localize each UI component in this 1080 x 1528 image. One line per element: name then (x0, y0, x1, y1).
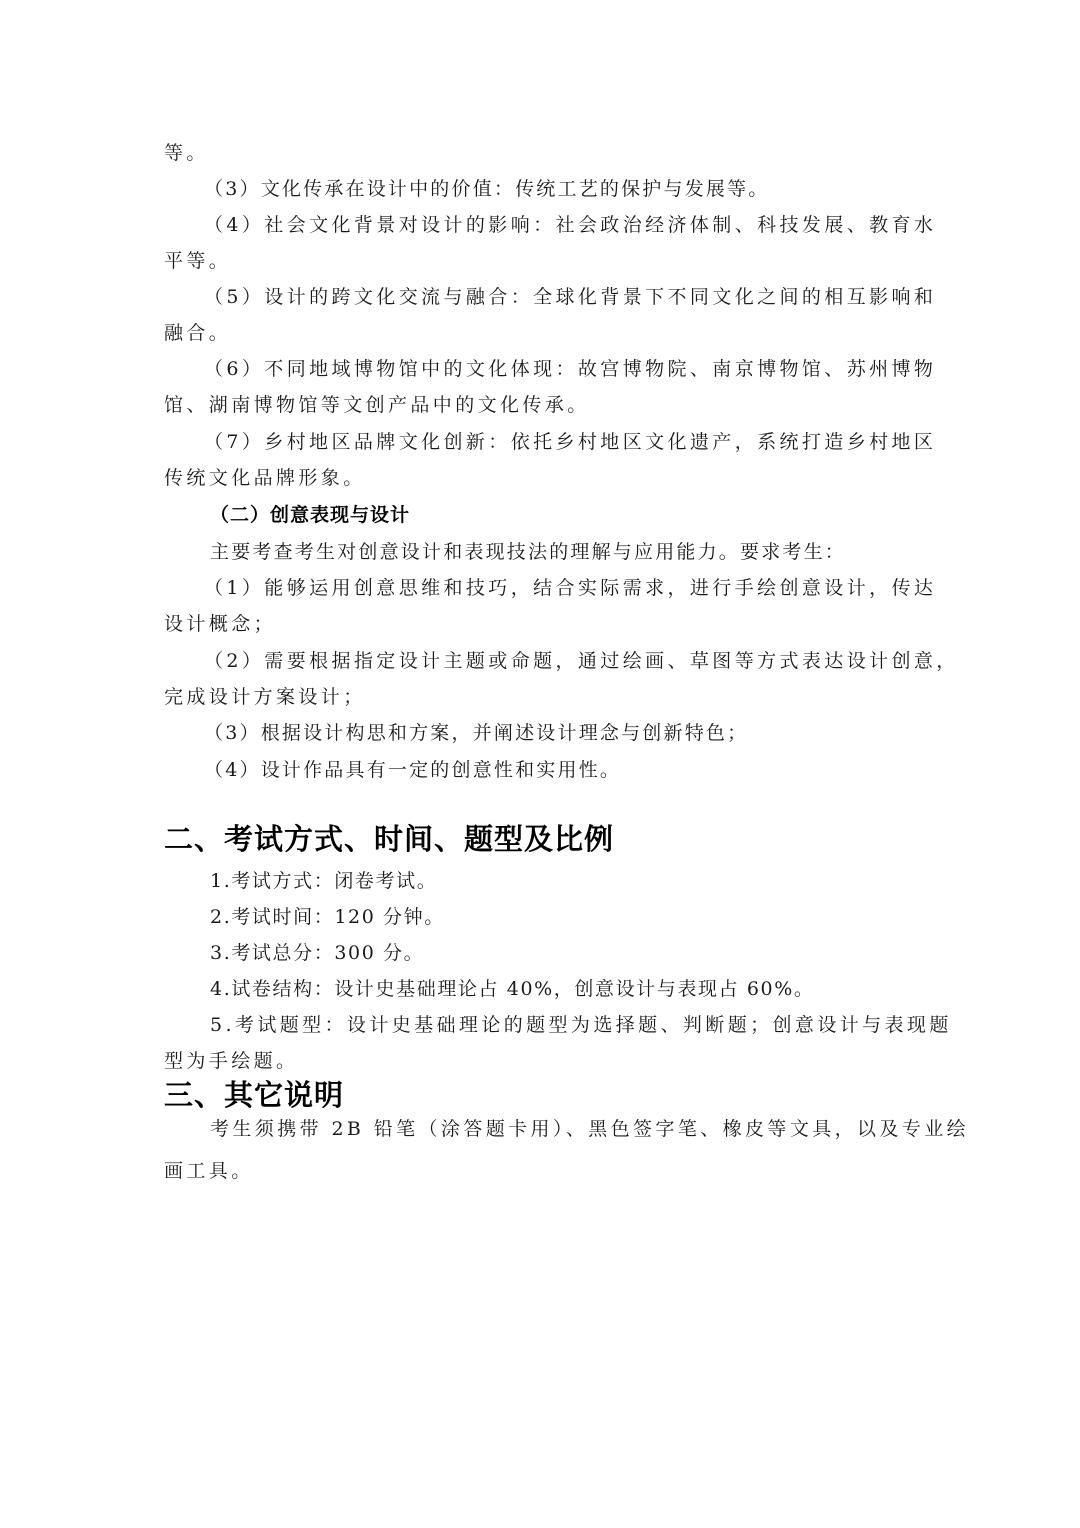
paragraph-line: 型为手绘题。 (164, 1049, 916, 1073)
list-item-1: （1）能够运用创意思维和技巧，结合实际需求，进行手绘创意设计，传达 (204, 576, 916, 600)
list-item-3: （3）文化传承在设计中的价值：传统工艺的保护与发展等。 (204, 177, 916, 201)
list-item-5: 5.考试题型：设计史基础理论的题型为选择题、判断题；创意设计与表现题 (210, 1013, 916, 1037)
list-item-2: （2）需要根据指定设计主题或命题，通过绘画、草图等方式表达设计创意， (204, 649, 916, 673)
section-heading: 三、其它说明 (164, 1078, 344, 1112)
paragraph-line: 平等。 (164, 249, 916, 273)
list-item-4: 4.试卷结构：设计史基础理论占 40%，创意设计与表现占 60%。 (210, 977, 916, 1001)
paragraph-line: 馆、湖南博物馆等文创产品中的文化传承。 (164, 393, 916, 417)
paragraph-line: 设计概念； (164, 612, 916, 636)
list-item-4: （4）设计作品具有一定的创意性和实用性。 (204, 758, 916, 782)
paragraph-line: 完成设计方案设计； (164, 685, 916, 709)
list-item-4: （4）社会文化背景对设计的影响：社会政治经济体制、科技发展、教育水 (204, 213, 916, 237)
list-item-2: 2.考试时间：120 分钟。 (210, 905, 916, 929)
paragraph-line: 传统文化品牌形象。 (164, 466, 916, 490)
list-item-3: 3.考试总分：300 分。 (210, 941, 916, 965)
list-item-6: （6）不同地域博物馆中的文化体现：故宫博物院、南京博物馆、苏州博物 (204, 357, 916, 381)
section-heading: 二、考试方式、时间、题型及比例 (164, 822, 614, 856)
list-item-1: 1.考试方式：闭卷考试。 (210, 869, 916, 893)
list-item-7: （7）乡村地区品牌文化创新：依托乡村地区文化遗产，系统打造乡村地区 (204, 430, 916, 454)
document-page: 等。 （3）文化传承在设计中的价值：传统工艺的保护与发展等。 （4）社会文化背景… (0, 0, 1080, 1528)
paragraph-line: 等。 (164, 141, 916, 165)
paragraph-line: 主要考查考生对创意设计和表现技法的理解与应用能力。要求考生： (210, 540, 916, 564)
list-item-5: （5）设计的跨文化交流与融合：全球化背景下不同文化之间的相互影响和 (204, 285, 916, 309)
paragraph-line: 考生须携带 2B 铅笔（涂答题卡用）、黑色签字笔、橡皮等文具，以及专业绘 (210, 1117, 916, 1141)
list-item-3: （3）根据设计构思和方案，并阐述设计理念与创新特色； (204, 721, 916, 745)
subsection-heading: （二）创意表现与设计 (210, 503, 410, 527)
paragraph-line: 融合。 (164, 321, 916, 345)
paragraph-line: 画工具。 (164, 1159, 916, 1183)
